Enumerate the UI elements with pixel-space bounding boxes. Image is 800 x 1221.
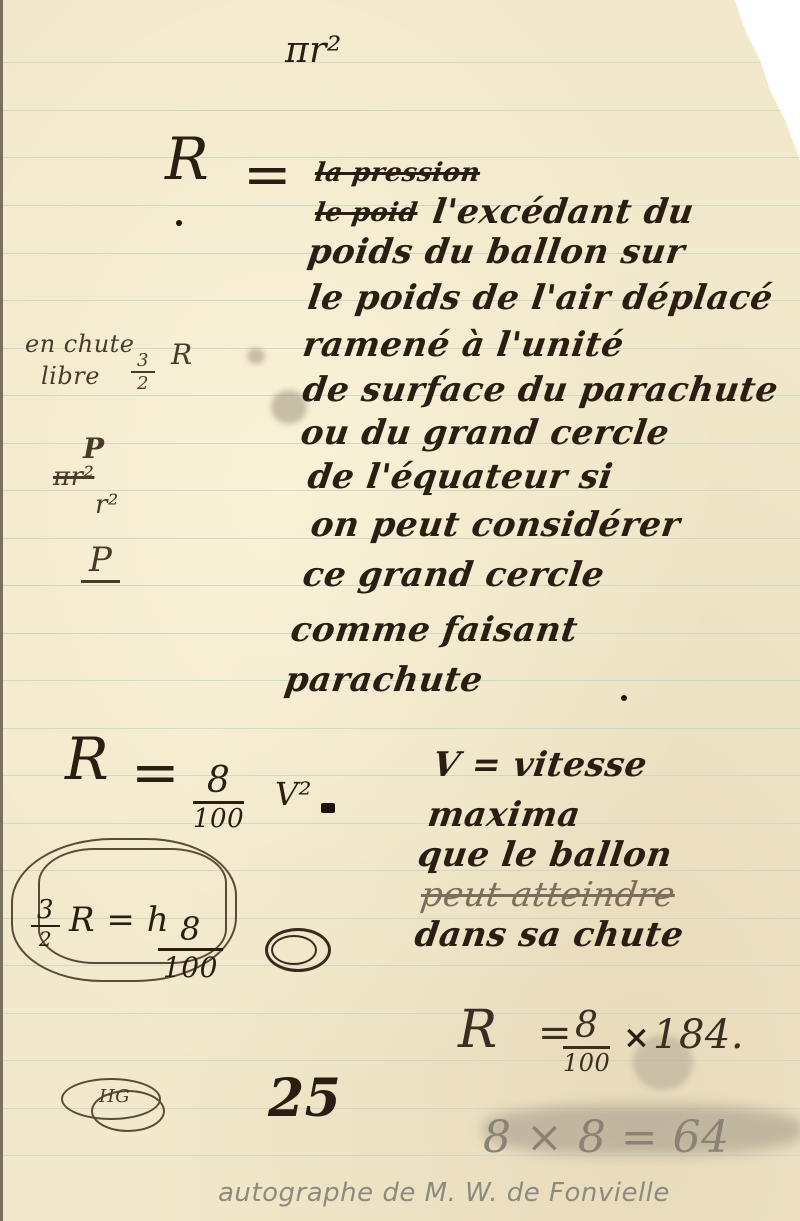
velocity-line-1: V = vitesse: [430, 745, 650, 785]
scribble-mark-inner: [271, 935, 317, 965]
fraction-numerator: 3: [31, 895, 60, 927]
second-equation-velocity: V²: [275, 775, 312, 813]
definition-line-7: de l'équateur si: [305, 457, 615, 497]
velocity-line-5: dans sa chute: [412, 915, 686, 955]
margin-fraction-r-squared: r²: [95, 490, 119, 520]
ruled-line: [3, 728, 800, 729]
ruled-line: [3, 110, 800, 111]
definition-line-1: l'excédant du: [430, 192, 696, 232]
fraction-denominator: 100: [563, 1049, 610, 1077]
boxed-middle: R = h: [69, 900, 169, 940]
third-equation-value: 184.: [653, 1012, 744, 1058]
fraction-denominator: 2: [31, 927, 60, 951]
times-sign: ×: [623, 1018, 650, 1056]
fraction-denominator: 100: [158, 951, 223, 984]
equation-lhs-r: R: [165, 125, 209, 193]
definition-line-6: ou du grand cercle: [298, 413, 672, 453]
ruled-line: [3, 62, 800, 63]
velocity-line-2: maxima: [425, 795, 583, 835]
boxed-fraction: 8 100: [158, 910, 223, 984]
ink-stain: [247, 348, 265, 364]
definition-line-4: ramené à l'unité: [300, 325, 626, 365]
struck-word-le-poid: le poid: [313, 198, 420, 228]
velocity-line-3: que le ballon: [415, 835, 675, 875]
manuscript-paper: πr² R = la pression le poid l'excédant d…: [0, 0, 800, 1221]
definition-line-2: poids du ballon sur: [305, 232, 687, 272]
page-number: 25: [268, 1068, 341, 1129]
definition-line-3: le poids de l'air déplacé: [305, 278, 775, 318]
definition-line-10: comme faisant: [288, 610, 580, 650]
equals-sign: =: [243, 140, 292, 208]
fraction-numerator: 8: [158, 910, 223, 951]
scribble-initials: HG: [99, 1086, 130, 1107]
margin-fraction-below: P: [81, 540, 120, 583]
velocity-line-4-struck: peut atteindre: [418, 875, 678, 915]
second-equals-sign: =: [131, 738, 180, 806]
definition-line-5: de surface du parachute: [300, 370, 781, 410]
ink-blot: [321, 803, 335, 813]
margin-note-line-1: en chute: [25, 330, 135, 358]
pencil-attribution-note: autographe de M. W. de Fonvielle: [218, 1178, 670, 1208]
struck-word-la-pression: la pression: [313, 158, 482, 188]
boxed-coefficient: 3 2: [31, 895, 60, 951]
top-formula: πr²: [285, 30, 342, 71]
fraction-denominator: 100: [193, 804, 244, 834]
ruled-line: [3, 823, 800, 824]
ink-dot: [176, 220, 182, 226]
definition-line-11: parachute: [282, 660, 485, 700]
ruled-line: [3, 775, 800, 776]
fraction-denominator: 2: [131, 373, 155, 394]
third-equation-fraction: 8 100: [563, 1005, 610, 1077]
fraction-numerator: 3: [131, 350, 155, 373]
second-equation-lhs: R: [65, 725, 109, 793]
definition-line-9: ce grand cercle: [300, 555, 607, 595]
margin-fraction-struck-denominator: πr²: [53, 462, 94, 492]
fraction-numerator: 8: [563, 1005, 610, 1049]
third-equation-lhs: R: [458, 1000, 498, 1060]
fraction-numerator: 8: [193, 760, 244, 804]
ink-dot: [621, 695, 627, 701]
margin-note-fraction: 3 2: [131, 350, 155, 394]
second-equation-fraction: 8 100: [193, 760, 244, 834]
crossed-calculation: 8 × 8 = 64: [483, 1112, 730, 1163]
margin-fraction-numerator: P: [83, 432, 105, 465]
margin-note-line-2: libre: [41, 362, 100, 390]
margin-note-r: R: [171, 338, 193, 371]
definition-line-8: on peut considérer: [308, 505, 683, 545]
